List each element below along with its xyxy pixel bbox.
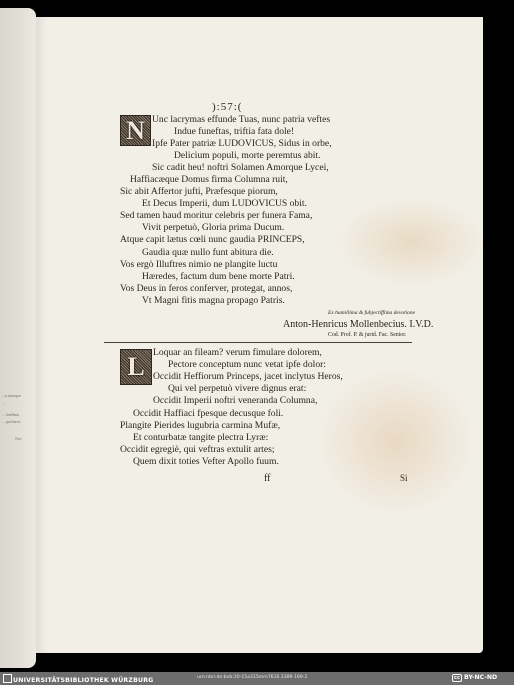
facing-page-fragment: ...u iurisque [2, 393, 21, 398]
poem-line: Loquar an fileam? verum fimulare dolorem… [153, 347, 343, 359]
poem-line: Sic cadit heu! noftri Solamen Amorque Ly… [152, 162, 332, 174]
poem-line: Vos Deus in feros conferver, protegat, a… [120, 283, 312, 295]
section-divider [104, 342, 412, 343]
page-number-marker: ):57:( [212, 101, 242, 113]
poem-line: Et conturbatæ tangite plectra Lyræ: [120, 432, 283, 444]
decorated-initial-n: N [120, 115, 151, 146]
poem-1-continued: Haffiacæque Domus firma Columna ruit, Si… [130, 174, 312, 307]
decorated-initial-l: L [120, 349, 152, 385]
library-logo[interactable]: UNIVERSITÄTSBIBLIOTHEK WÜRZBURG [3, 674, 153, 684]
dedication-line: Ex humillima & fubjectiffima devotione [328, 310, 415, 316]
poem-line: Et Decus Imperii, dum LUDOVICUS obit. [130, 198, 312, 210]
poem-line: Vos ergò Illuftres nimio ne plangite luc… [120, 259, 312, 271]
facing-page-edge: ...u iurisque ... ... fenfibus ... rpofu… [0, 8, 36, 668]
poem-line: Indue funeftas, triftia fata dole! [152, 126, 332, 138]
catchword: Si [400, 473, 408, 483]
library-logo-icon [3, 674, 12, 683]
poem-line: Occidit Heffiorum Princeps, jacet inclyt… [153, 371, 343, 383]
facing-page-fragment: ... rpofuerit. [2, 419, 21, 424]
poem-line: Sed tamen haud moritur celebris per fune… [120, 210, 312, 222]
poem-line: Ipfe Pater patriæ LUDOVICUS, Sidus in or… [152, 138, 332, 150]
document-page [36, 17, 483, 653]
facing-page-fragment: Nuc [15, 436, 22, 441]
poem-line: Sic abit Affertor jufti, Præfesque pioru… [120, 186, 312, 198]
license-link[interactable]: ccBY-NC-ND [452, 674, 497, 682]
poem-line: Unc lacrymas effunde Tuas, nunc patria v… [152, 114, 332, 126]
viewer-footer-bar: UNIVERSITÄTSBIBLIOTHEK WÜRZBURG urn:nbn:… [0, 672, 514, 685]
poem-line: Vivit perpetuò, Gloria prima Ducum. [130, 222, 312, 234]
poem-line: Plangite Pierides lugubria carmina Mufæ, [120, 420, 283, 432]
poem-2: Loquar an fileam? verum fimulare dolorem… [153, 347, 343, 407]
poem-line: Pectore conceptum nunc vetat ipfe dolor: [153, 359, 343, 371]
poem-line: Hæredes, factum dum bene morte Patri. [130, 271, 312, 283]
ink-bleedthrough [336, 197, 486, 287]
signature-mark: ff [264, 473, 270, 484]
poem-line: Vt Magni fitis magna propago Patris. [130, 295, 312, 307]
license-label: BY-NC-ND [464, 674, 497, 681]
poem-line: Occidit Haffiaci fpesque decusque foli. [120, 408, 283, 420]
creative-commons-icon: cc [452, 674, 462, 682]
poem-line: Occidit egregiè, qui veftras extulit art… [120, 444, 283, 456]
library-name: UNIVERSITÄTSBIBLIOTHEK WÜRZBURG [13, 677, 153, 684]
author-name: Anton-Henricus Mollenbecius. I.V.D. [283, 319, 433, 330]
poem-line: Atque capit lætus cœli nunc gaudia PRINC… [120, 234, 312, 246]
facing-page-fragment: ... fenfibus [2, 412, 19, 417]
poem-line: Quem dixit toties Vefter Apollo fuum. [120, 456, 283, 468]
poem-line: Gaudia quæ nullo funt abitura die. [130, 247, 312, 259]
facing-page-fragment: ... [2, 400, 5, 405]
poem-1: Unc lacrymas effunde Tuas, nunc patria v… [152, 114, 332, 174]
urn-identifier[interactable]: urn:nbn:de:bvb:20-15a315mm7616 2389 169-… [197, 675, 307, 680]
poem-line: Qui vel perpetuò vivere dignus erat: [153, 383, 343, 395]
poem-line: Haffiacæque Domus firma Columna ruit, [130, 174, 312, 186]
author-title: Cod. Prof. P. & jurid. Fac. Senior. [328, 332, 406, 338]
poem-2-continued: Occidit Haffiaci fpesque decusque foli. … [120, 408, 283, 468]
poem-line: Delicium populi, morte peremtus abit. [152, 150, 332, 162]
poem-line: Occidit Imperii noftri veneranda Columna… [153, 395, 343, 407]
